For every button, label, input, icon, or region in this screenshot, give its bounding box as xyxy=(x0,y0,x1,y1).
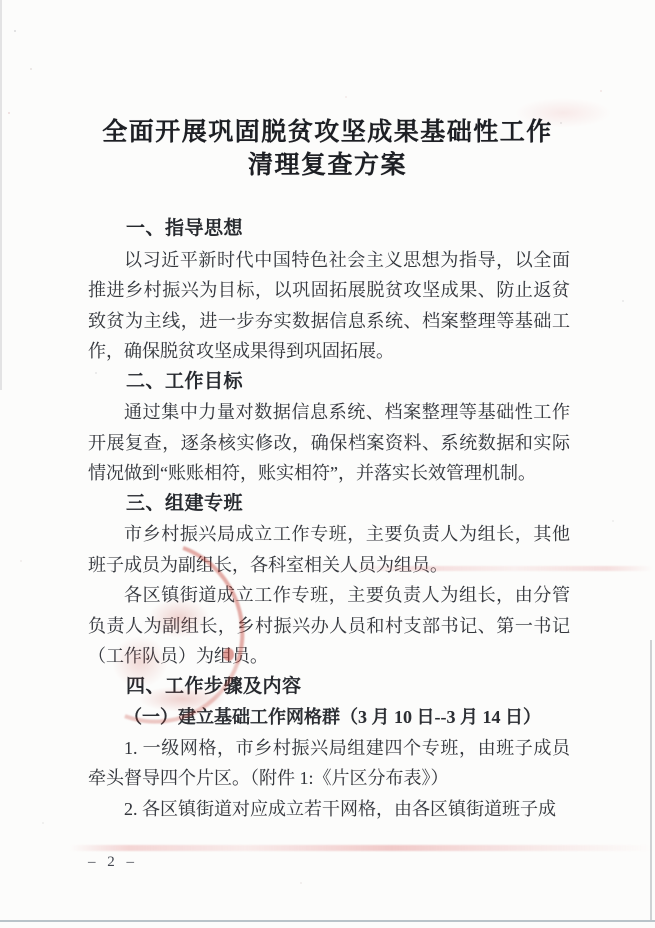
document-body: 一、指导思想 以习近平新时代中国特色社会主义思想为指导，以全面推进乡村振兴为目标… xyxy=(88,214,570,824)
document-title: 全面开展巩固脱贫攻坚成果基础性工作 清理复查方案 xyxy=(0,116,655,182)
section-3-heading: 三、组建专班 xyxy=(88,489,570,520)
scanned-document-page: 全面开展巩固脱贫攻坚成果基础性工作 清理复查方案 一、指导思想 以习近平新时代中… xyxy=(0,0,655,928)
section-2-paragraph: 通过集中力量对数据信息系统、档案整理等基础性工作开展复查，逐条核实修改，确保档案… xyxy=(88,397,570,489)
section-4-item-1: 1. 一级网格，市乡村振兴局组建四个专班，由班子成员牵头督导四个片区。（附件 1… xyxy=(88,733,570,794)
scan-streak-middle xyxy=(345,566,653,571)
official-seal-stamp-dot xyxy=(223,648,234,661)
document-title-line-1: 全面开展巩固脱贫攻坚成果基础性工作 xyxy=(0,116,655,149)
section-1-heading: 一、指导思想 xyxy=(88,214,570,245)
scan-edge-right xyxy=(650,640,652,922)
section-2-heading: 二、工作目标 xyxy=(88,367,570,398)
document-title-line-2: 清理复查方案 xyxy=(0,149,655,182)
section-4-item-2: 2. 各区镇街道对应成立若干网格，由各区镇街道班子成 xyxy=(88,794,570,825)
page-number: – 2 – xyxy=(88,854,138,871)
section-1-paragraph: 以习近平新时代中国特色社会主义思想为指导，以全面推进乡村振兴为目标，以巩固拓展脱… xyxy=(88,245,570,367)
scan-streak-lower xyxy=(70,845,655,851)
scan-speckles xyxy=(0,0,2,2)
scan-edge-left xyxy=(0,0,2,390)
scan-edge-bottom xyxy=(0,920,655,922)
